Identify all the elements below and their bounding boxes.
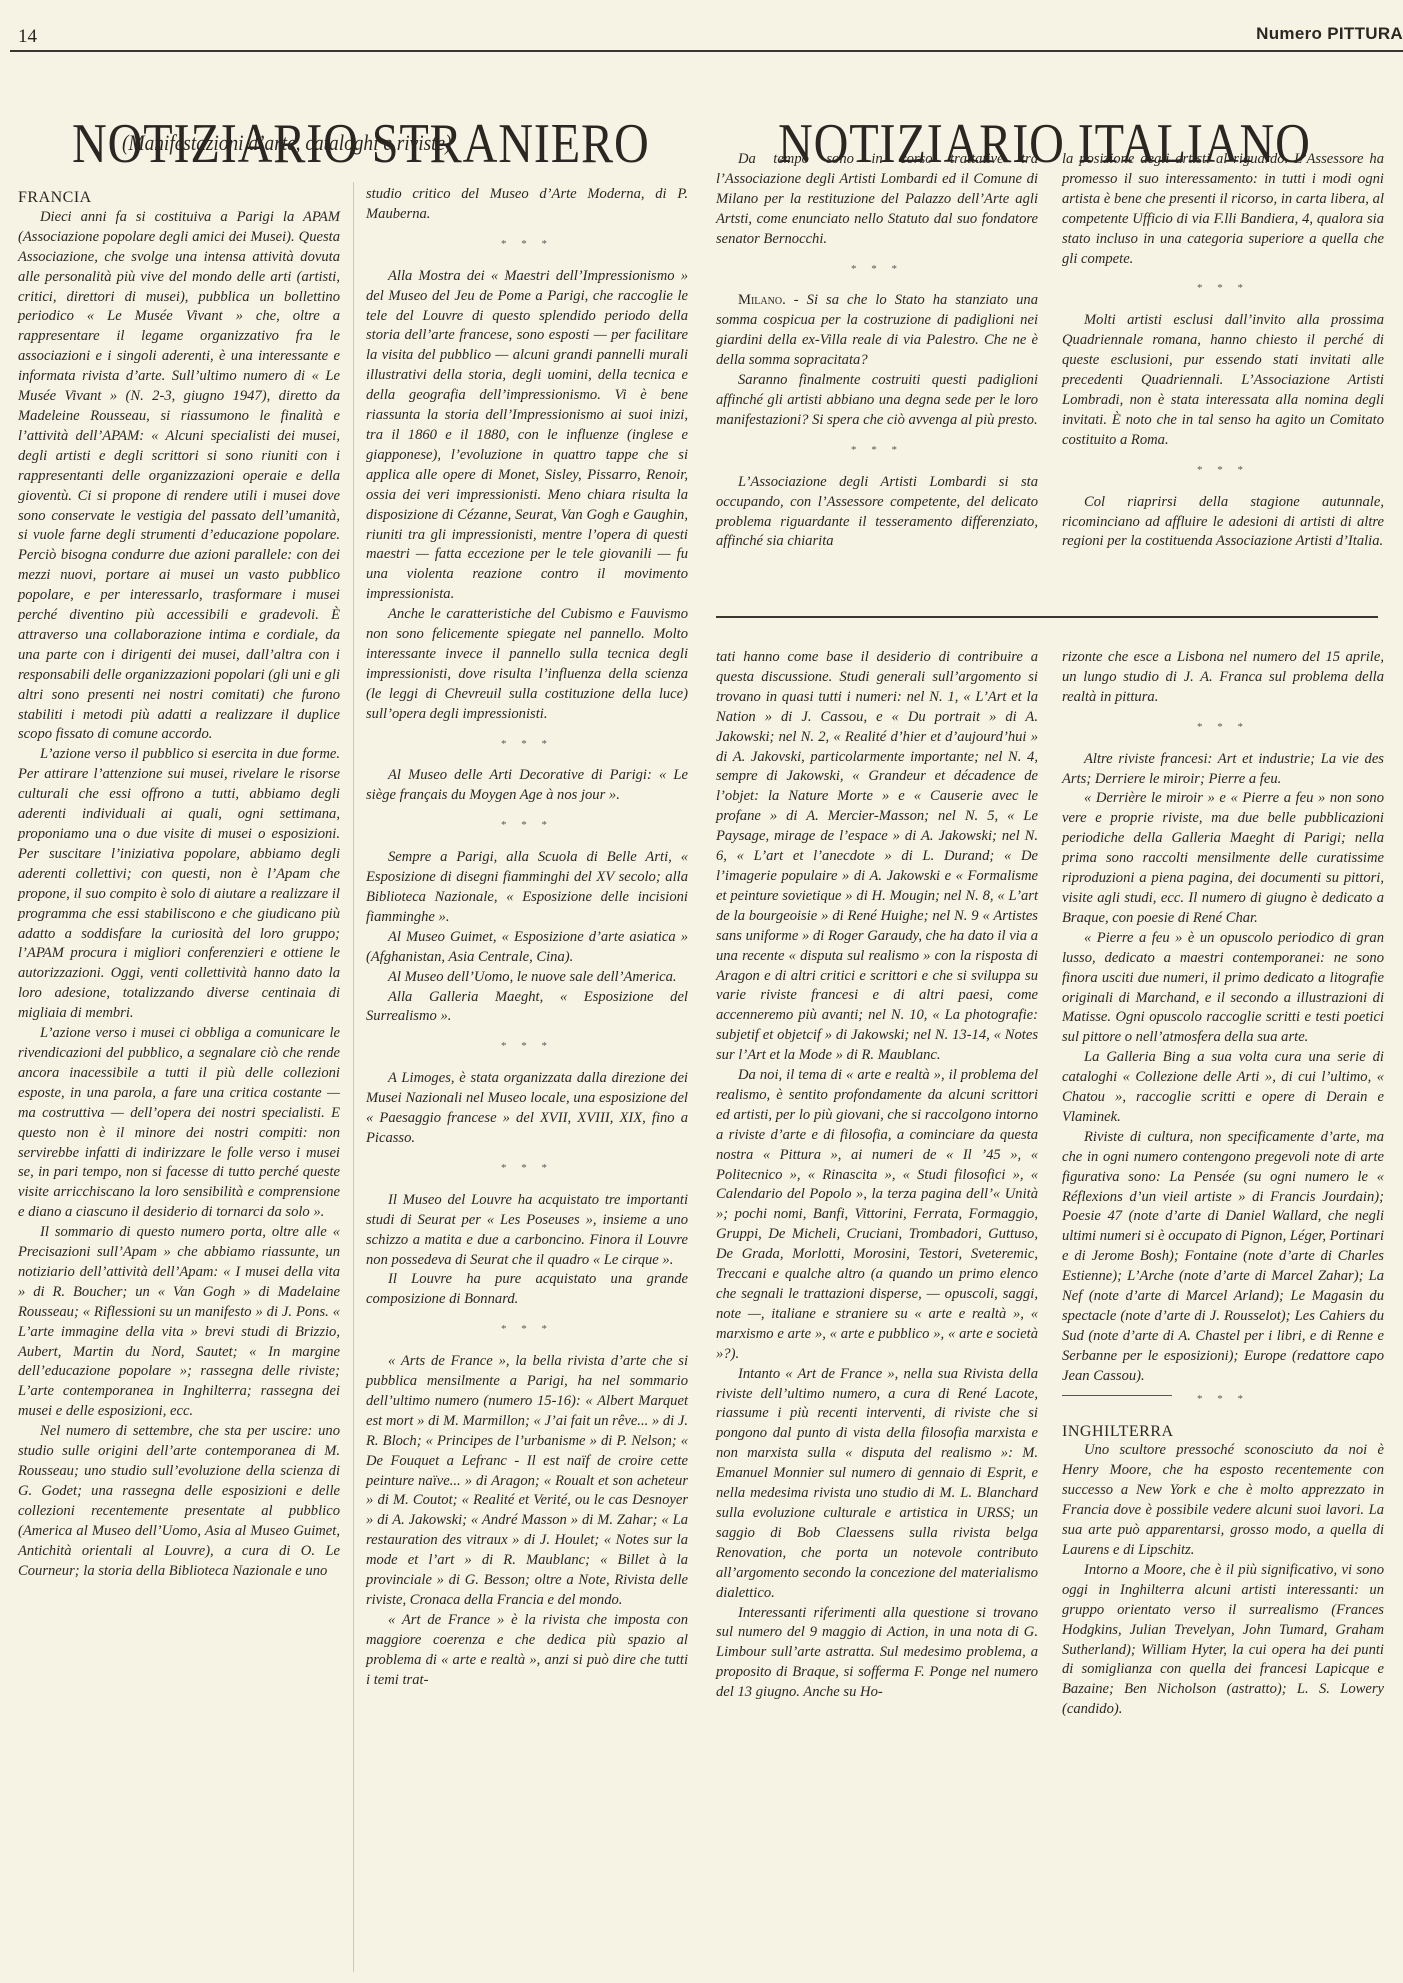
- paragraph: Molti artisti esclusi dall’invito alla p…: [1062, 311, 1384, 450]
- paragraph: A Limoges, è stata organizzata dalla dir…: [366, 1069, 688, 1149]
- paragraph: « Arts de France », la bella rivista d’a…: [366, 1352, 688, 1611]
- paragraph-continued: tati hanno come base il desiderio di con…: [716, 648, 1038, 1066]
- page-number: 14: [18, 26, 37, 48]
- separator: * * *: [1062, 461, 1384, 481]
- paragraph: Sempre a Parigi, alla Scuola di Belle Ar…: [366, 848, 688, 928]
- column-1: FRANCIA Dieci anni fa si costituiva a Pa…: [18, 188, 340, 1581]
- paragraph: Da tempo sono in corso trattative tra l’…: [716, 150, 1038, 250]
- paragraph: La Galleria Bing a sua volta cura una se…: [1062, 1048, 1384, 1128]
- paragraph: Saranno finalmente costruiti questi padi…: [716, 371, 1038, 431]
- separator: * * *: [366, 235, 688, 255]
- paragraph: Col riaprirsi della stagione autunnale, …: [1062, 493, 1384, 553]
- paragraph-continued: la posizione degli artisti al riguardo. …: [1062, 150, 1384, 269]
- paragraph: Il Museo del Louvre ha acquistato tre im…: [366, 1191, 688, 1271]
- paragraph: L’azione verso il pubblico si esercita i…: [18, 745, 340, 1024]
- paragraph: Intorno a Moore, che è il più significat…: [1062, 1561, 1384, 1720]
- column-4-italiano: la posizione degli artisti al riguardo. …: [1062, 150, 1384, 552]
- separator: * * *: [366, 816, 688, 836]
- paragraph-continued: studio critico del Museo d’Arte Moderna,…: [366, 185, 688, 225]
- column-3-italiano: Da tempo sono in corso trattative tra l’…: [716, 150, 1038, 552]
- paragraph: Dieci anni fa si costituiva a Parigi la …: [18, 208, 340, 745]
- paragraph: Da noi, il tema di « arte e realtà », il…: [716, 1066, 1038, 1365]
- separator: * * *: [1062, 1390, 1384, 1410]
- section-heading-francia: FRANCIA: [18, 188, 340, 208]
- subtitle-straniero: (Manifestazioni d’arte, cataloghi e rivi…: [122, 130, 452, 156]
- separator: * * *: [1062, 718, 1384, 738]
- paragraph: « Art de France » è la rivista che impos…: [366, 1611, 688, 1691]
- paragraph: Alla Galleria Maeght, « Esposizione del …: [366, 988, 688, 1028]
- separator: * * *: [366, 1037, 688, 1057]
- paragraph: Il sommario di questo numero porta, oltr…: [18, 1223, 340, 1422]
- column-3-straniero: tati hanno come base il desiderio di con…: [716, 648, 1038, 1703]
- paragraph: L’azione verso i musei ci obbliga a comu…: [18, 1024, 340, 1223]
- paragraph: « Pierre a feu » è un opuscolo periodico…: [1062, 929, 1384, 1048]
- paragraph: Alla Mostra dei « Maestri dell’Impressio…: [366, 267, 688, 605]
- section-heading-inghilterra: INGHILTERRA: [1062, 1422, 1384, 1442]
- paragraph: Interessanti riferimenti alla questione …: [716, 1604, 1038, 1704]
- paragraph: Altre riviste francesi: Art et industrie…: [1062, 750, 1384, 790]
- separator: * * *: [716, 441, 1038, 461]
- running-head: Numero PITTURA: [1256, 24, 1403, 44]
- paragraph: Milano. - Si sa che lo Stato ha stanziat…: [716, 291, 1038, 371]
- column-4-straniero: rizonte che esce a Lisbona nel numero de…: [1062, 648, 1384, 1720]
- place-label-milano: Milano.: [738, 292, 786, 308]
- paragraph: Al Museo Guimet, « Esposizione d’arte as…: [366, 928, 688, 968]
- paragraph-continued: rizonte che esce a Lisbona nel numero de…: [1062, 648, 1384, 708]
- top-rule: [10, 50, 1403, 52]
- paragraph: Nel numero di settembre, che sta per usc…: [18, 1422, 340, 1581]
- paragraph: Riviste di cultura, non specificamente d…: [1062, 1128, 1384, 1387]
- paragraph: Al Museo delle Arti Decorative di Parigi…: [366, 766, 688, 806]
- paragraph: Anche le caratteristiche del Cubismo e F…: [366, 605, 688, 724]
- separator: * * *: [366, 1159, 688, 1179]
- paragraph: Intanto « Art de France », nella sua Riv…: [716, 1365, 1038, 1604]
- section-divider-rule: [716, 616, 1378, 618]
- separator: * * *: [366, 735, 688, 755]
- paragraph: L’Associazione degli Artisti Lombardi si…: [716, 473, 1038, 553]
- separator: * * *: [366, 1320, 688, 1340]
- paragraph: « Derrière le miroir » e « Pierre a feu …: [1062, 789, 1384, 928]
- paragraph: Il Louvre ha pure acquistato una grande …: [366, 1270, 688, 1310]
- paragraph: Uno scultore pressoché sconosciuto da no…: [1062, 1441, 1384, 1560]
- separator: * * *: [1062, 279, 1384, 299]
- paragraph: Al Museo dell’Uomo, le nuove sale dell’A…: [366, 968, 688, 988]
- separator: * * *: [716, 260, 1038, 280]
- column-2: studio critico del Museo d’Arte Moderna,…: [366, 185, 688, 1691]
- column-divider: [353, 182, 354, 1972]
